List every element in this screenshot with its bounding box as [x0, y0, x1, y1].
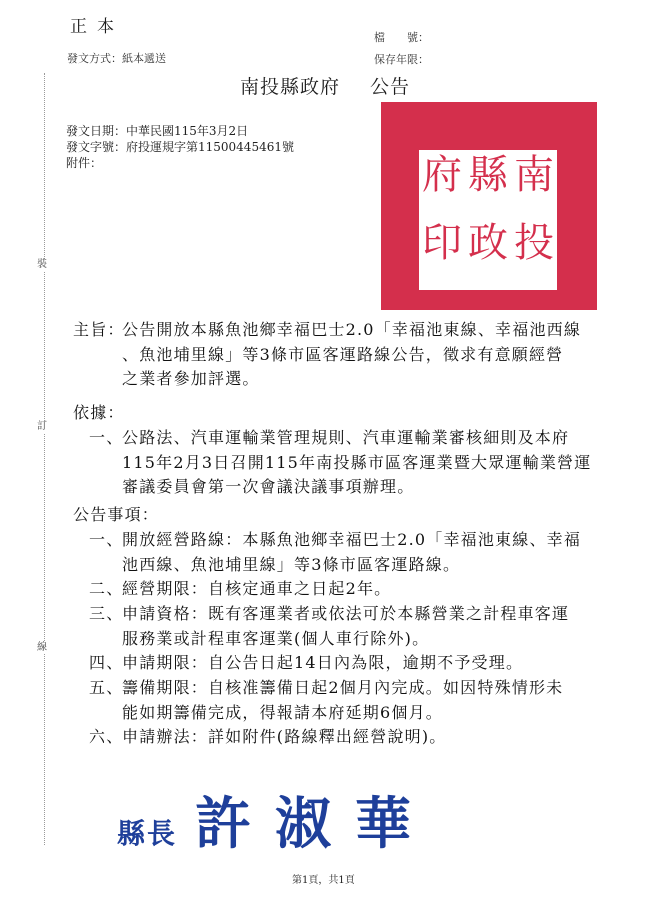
notice-line: 申請辦法：詳如附件(路線釋出經營說明)。: [122, 725, 447, 750]
notice-line: 池西線、魚池埔里線」等3條市區客運路線。: [122, 553, 581, 578]
signature-stamp: 縣長許淑華: [117, 780, 435, 860]
attachment-label: 附件：: [66, 155, 294, 171]
signature-title: 縣長: [117, 817, 177, 850]
page-title: 南投縣政府公告: [240, 72, 410, 99]
subject-label: 主旨：: [73, 318, 125, 343]
seal-inner: 南 投 縣 政 府 印: [419, 150, 557, 290]
notice-item-1: 開放經營路線：本縣魚池鄉幸福巴士2.0「幸福池東線、幸福 池西線、魚池埔里線」等…: [122, 528, 581, 577]
doc-meta: 發文日期：中華民國115年3月2日 發文字號：府投運規字第11500445461…: [66, 123, 294, 171]
subject-line: 、魚池埔里線」等3條市區客運路線公告，徵求有意願經營: [122, 343, 581, 368]
copy-mark: 正本: [70, 12, 124, 37]
binding-char-zhuang: 裝: [37, 259, 47, 271]
notice-item-3: 申請資格：既有客運業者或依法可於本縣營業之計程車客運 服務業或計程車客運業(個人…: [122, 602, 569, 651]
binding-line: [44, 73, 45, 845]
basis-label: 依據：: [73, 401, 125, 426]
page-info: 第1頁，共1頁: [292, 871, 355, 886]
seal-char: 投: [511, 220, 557, 266]
notice-line: 申請期限：自公告日起14日內為限，逾期不予受理。: [122, 651, 523, 676]
issue-date: 發文日期：中華民國115年3月2日: [66, 123, 294, 139]
notice-line: 經營期限：自核定通車之日起2年。: [122, 577, 391, 602]
notice-line: 籌備期限：自核准籌備日起2個月內完成。如因特殊情形未: [122, 676, 563, 701]
notice-item-index: 三、: [89, 602, 123, 627]
notice-line: 服務業或計程車客運業(個人車行除外)。: [122, 627, 569, 652]
basis-item-index: 一、: [89, 426, 123, 451]
notice-item-index: 五、: [89, 676, 123, 701]
retention-label: 保存年限：: [374, 49, 429, 71]
archive-number-label: 檔 號：: [374, 27, 429, 49]
subject-line: 之業者參加評選。: [122, 367, 581, 392]
binding-char-xian: 線: [37, 642, 47, 654]
notice-item-index: 四、: [89, 651, 123, 676]
binding-char-ding: 訂: [37, 421, 47, 433]
seal-char: 南: [511, 152, 557, 198]
agency-name: 南投縣政府: [240, 76, 340, 98]
notice-line: 能如期籌備完成，得報請本府延期6個月。: [122, 701, 563, 726]
notice-label: 公告事項：: [73, 503, 159, 528]
seal-char: 政: [465, 220, 511, 266]
official-seal: 南 投 縣 政 府 印: [381, 102, 597, 310]
notice-item-6: 申請辦法：詳如附件(路線釋出經營說明)。: [122, 725, 447, 750]
basis-line: 審議委員會第一次會議決議事項辦理。: [122, 475, 591, 500]
notice-line: 開放經營路線：本縣魚池鄉幸福巴士2.0「幸福池東線、幸福: [122, 528, 581, 553]
basis-line: 115年2月3日召開115年南投縣市區客運業暨大眾運輸業營運: [122, 451, 591, 476]
notice-item-5: 籌備期限：自核准籌備日起2個月內完成。如因特殊情形未 能如期籌備完成，得報請本府…: [122, 676, 563, 725]
notice-item-index: 六、: [89, 725, 123, 750]
subject-text: 公告開放本縣魚池鄉幸福巴士2.0「幸福池東線、幸福池西線 、魚池埔里線」等3條市…: [122, 318, 581, 392]
subject-line: 公告開放本縣魚池鄉幸福巴士2.0「幸福池東線、幸福池西線: [122, 318, 581, 343]
seal-char: 府: [419, 152, 465, 198]
notice-item-4: 申請期限：自公告日起14日內為限，逾期不予受理。: [122, 651, 523, 676]
notice-item-2: 經營期限：自核定通車之日起2年。: [122, 577, 391, 602]
signature-name: 許淑華: [195, 791, 435, 857]
basis-line: 公路法、汽車運輸業管理規則、汽車運輸業審核細則及本府: [122, 426, 591, 451]
notice-item-index: 二、: [89, 577, 123, 602]
doc-number: 發文字號：府投運規字第11500445461號: [66, 139, 294, 155]
notice-line: 申請資格：既有客運業者或依法可於本縣營業之計程車客運: [122, 602, 569, 627]
seal-char: 縣: [465, 152, 511, 198]
doc-type: 公告: [370, 76, 410, 98]
archive-block: 檔 號： 保存年限：: [374, 27, 429, 71]
seal-char: 印: [419, 220, 465, 266]
basis-item-text: 公路法、汽車運輸業管理規則、汽車運輸業審核細則及本府 115年2月3日召開115…: [122, 426, 591, 500]
send-method: 發文方式：紙本遞送: [67, 50, 166, 66]
notice-item-index: 一、: [89, 528, 123, 553]
